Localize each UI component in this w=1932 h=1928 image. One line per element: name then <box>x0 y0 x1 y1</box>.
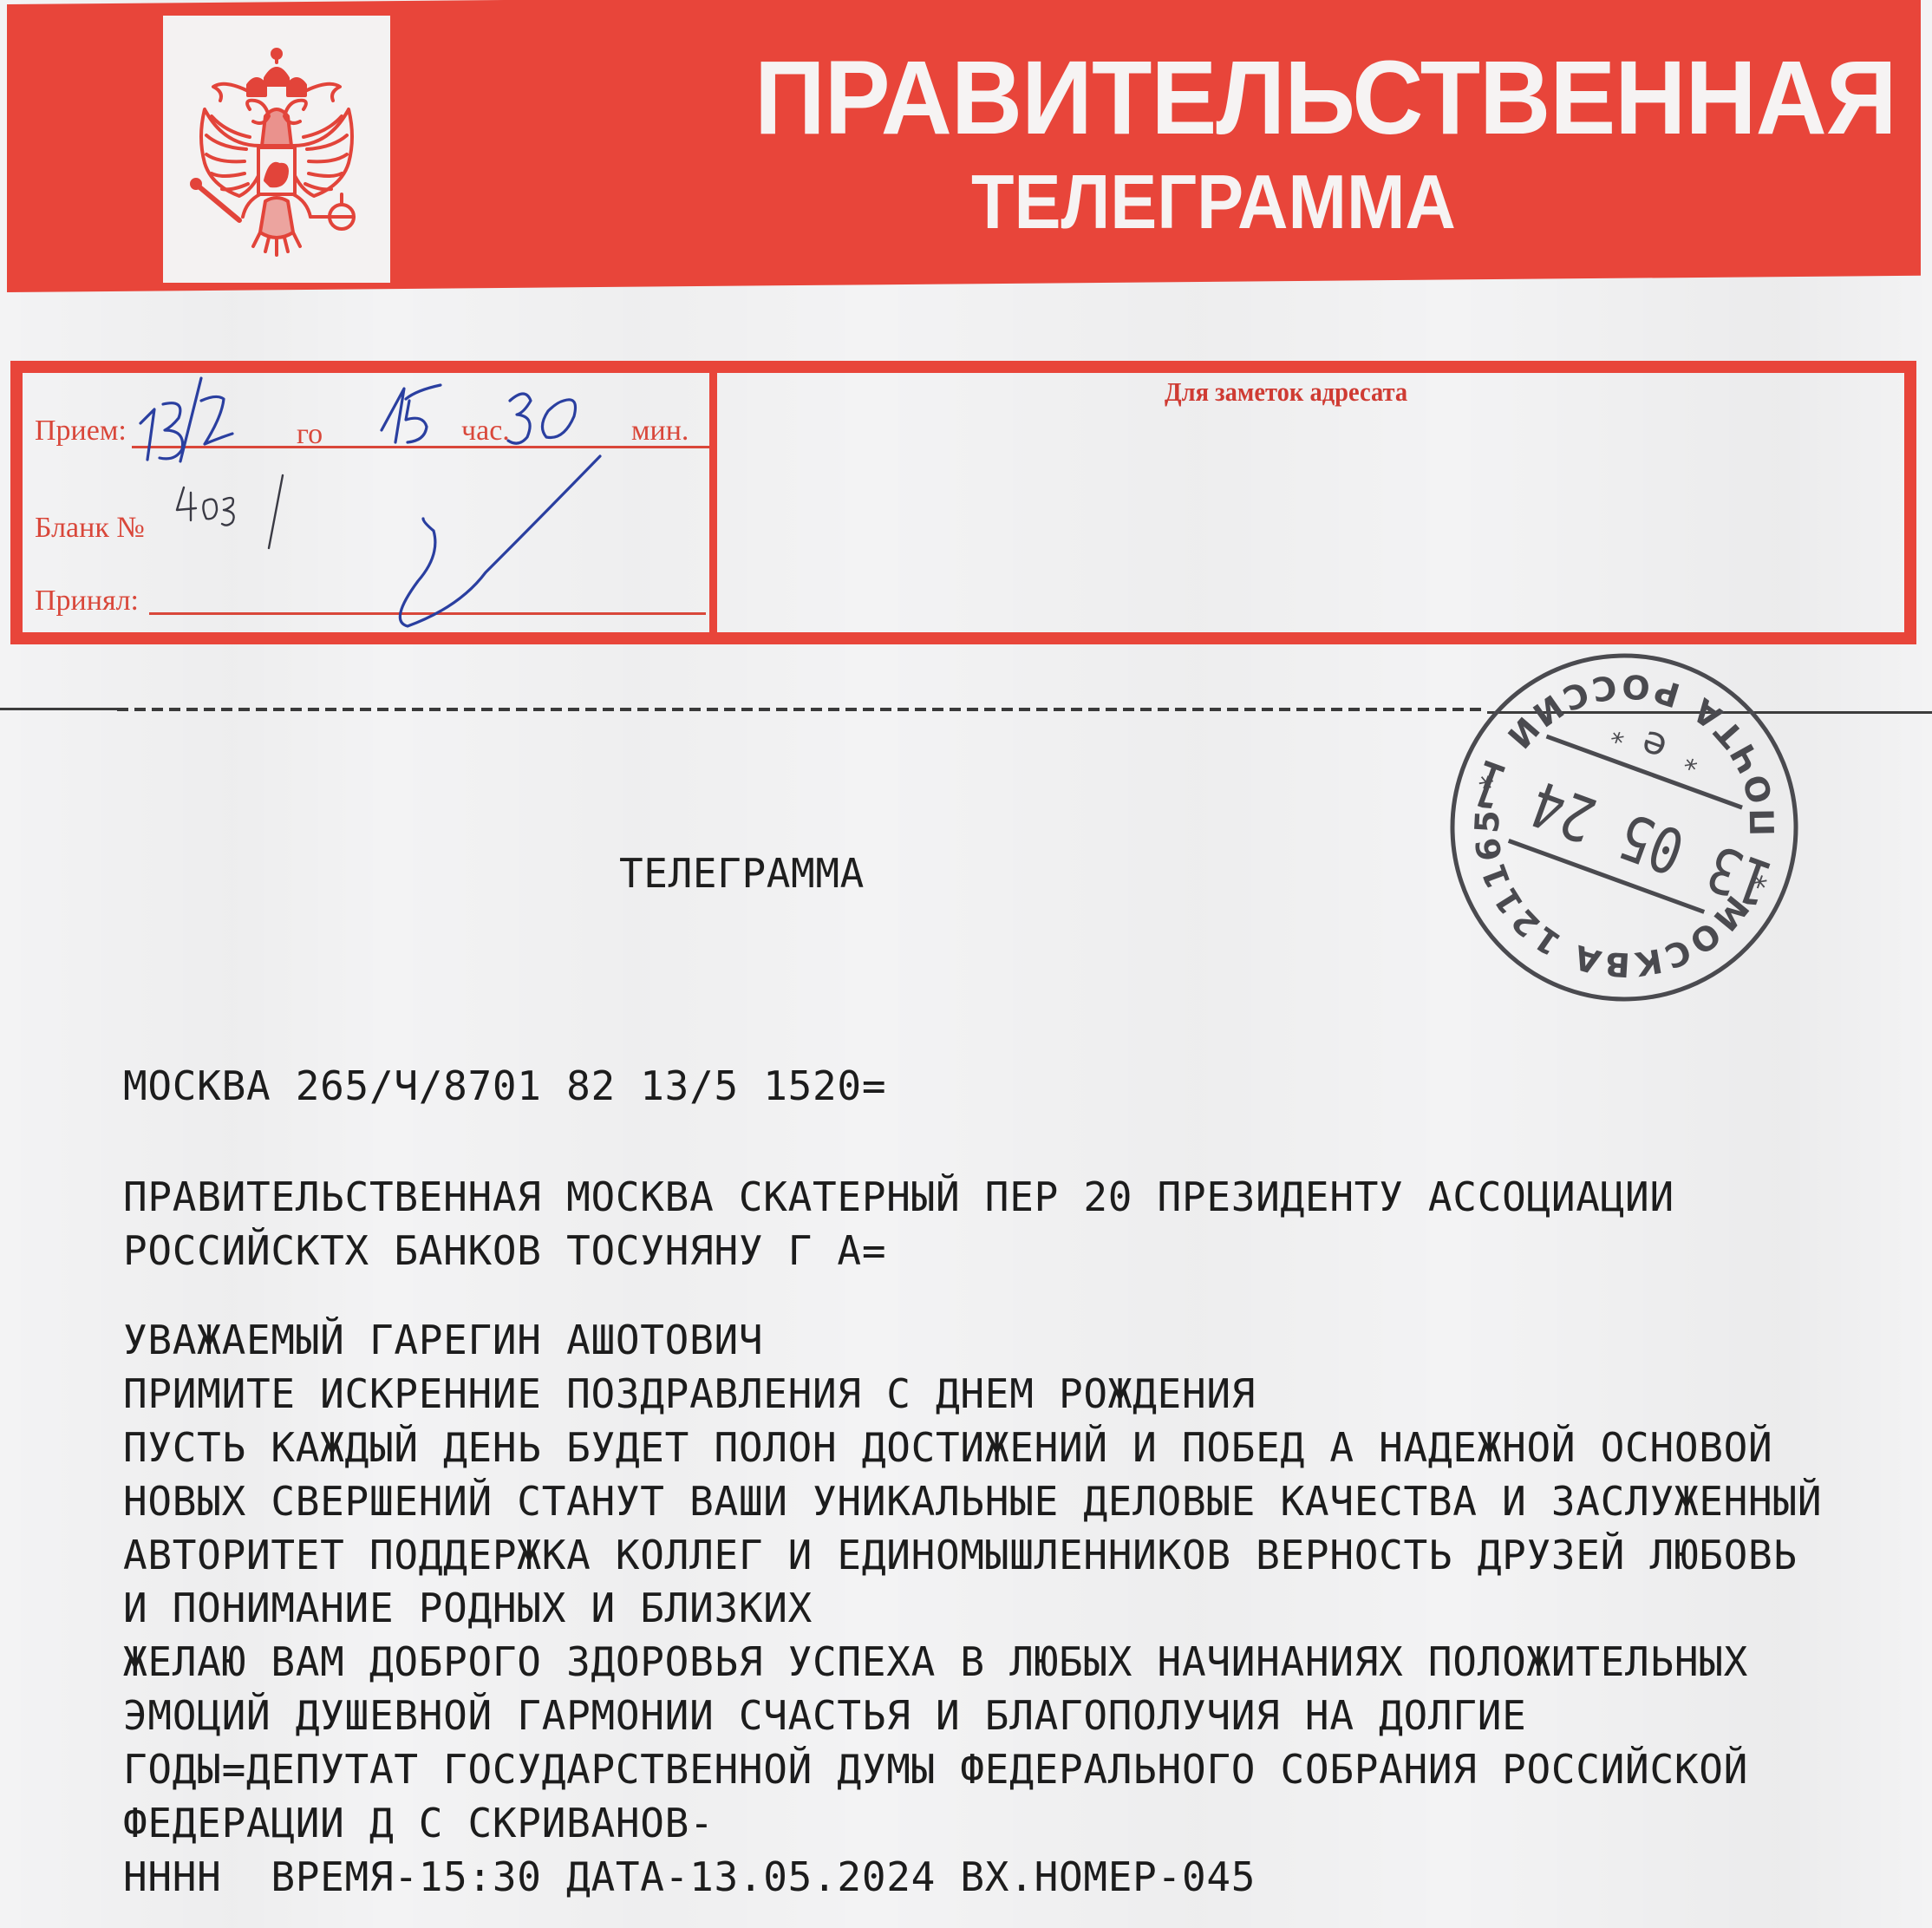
notes-for-recipient-label: Для заметок адресата <box>1165 378 1407 405</box>
message-line: ЖЕЛАЮ ВАМ ДОБРОГО ЗДОРОВЬЯ УСПЕХА В ЛЮБЫ… <box>123 1642 1748 1682</box>
russian-coat-of-arms-icon <box>163 16 390 283</box>
stamp-letter: е <box>1635 721 1673 770</box>
message-line: И ПОНИМАНИЕ РОДНЫХ И БЛИЗКИХ <box>123 1588 813 1628</box>
message-line: АВТОРИТЕТ ПОДДЕРЖКА КОЛЛЕГ И ЕДИНОМЫШЛЕН… <box>123 1535 1798 1575</box>
message-line: ЭМОЦИЙ ДУШЕВНОЙ ГАРМОНИИ СЧАСТЬЯ И БЛАГО… <box>123 1696 1526 1735</box>
handwritten-minute <box>508 394 531 443</box>
handwritten-signature <box>400 456 600 626</box>
message-line: НОВЫХ СВЕРШЕНИЙ СТАНУТ ВАШИ УНИКАЛЬНЫЕ Д… <box>123 1481 1822 1521</box>
postal-stamp-icon: МОСКВА 121165 ПОЧТА РОССИИ * * 13 05 24 … <box>1438 645 1811 1010</box>
telegram-footer-line: НННН ВРЕМЯ-15:30 ДАТА-13.05.2024 ВХ.НОМЕ… <box>123 1857 1256 1897</box>
handwritten-hour <box>382 389 404 442</box>
handwritten-blank-number <box>177 475 283 548</box>
telegram-heading: ТЕЛЕГРАММА <box>619 853 865 893</box>
svg-text:*: * <box>1608 716 1630 749</box>
banner-title-government: ПРАВИТЕЛЬСТВЕННАЯ <box>754 45 1896 150</box>
address-line: ПРАВИТЕЛЬСТВЕННАЯ МОСКВА СКАТЕРНЫЙ ПЕР 2… <box>123 1177 1674 1217</box>
svg-text:*: * <box>1681 743 1704 776</box>
address-line: РОССИЙСКТХ БАНКОВ ТОСУНЯНУ Г А= <box>123 1231 886 1271</box>
handwriting-overlay <box>0 347 720 650</box>
tear-line-dashed <box>117 708 1487 711</box>
message-line: ПРИМИТЕ ИСКРЕННИЕ ПОЗДРАВЛЕНИЯ С ДНЕМ РО… <box>123 1374 1256 1414</box>
handwritten-day <box>140 409 154 460</box>
message-line: УВАЖАЕМЫЙ ГАРЕГИН АШОТОВИЧ <box>123 1320 763 1360</box>
message-line: ПУСТЬ КАЖДЫЙ ДЕНЬ БУДЕТ ПОЛОН ДОСТИЖЕНИЙ… <box>123 1428 1772 1467</box>
message-line: ГОДЫ=ДЕПУТАТ ГОСУДАРСТВЕННОЙ ДУМЫ ФЕДЕРА… <box>123 1749 1748 1789</box>
emblem-box <box>163 16 390 283</box>
telegram-header-line: МОСКВА 265/Ч/8701 82 13/5 1520= <box>123 1066 886 1106</box>
tear-line-start <box>0 708 117 710</box>
banner-title-telegram: ТЕЛЕГРАММА <box>971 164 1456 240</box>
message-line: ФЕДЕРАЦИИ Д С СКРИВАНОВ- <box>123 1803 714 1843</box>
